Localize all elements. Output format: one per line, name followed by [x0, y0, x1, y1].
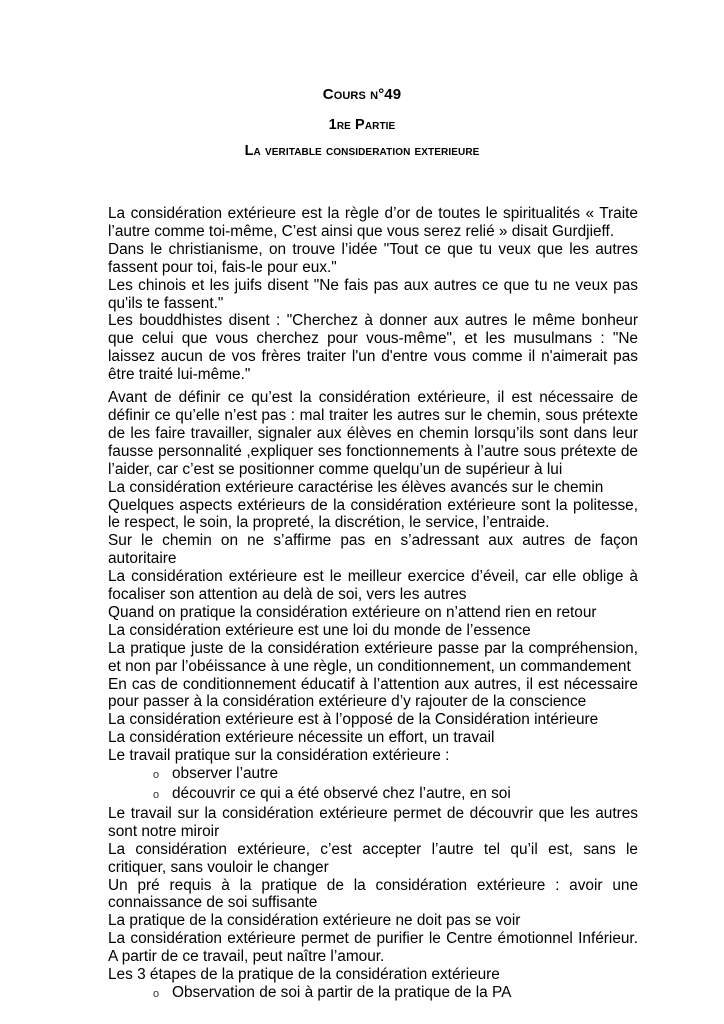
text-line: La considération extérieure, c’est accep…	[108, 841, 638, 877]
text-line: La considération extérieure permet de pu…	[108, 930, 638, 966]
text-line: La considération extérieure est le meill…	[108, 568, 638, 604]
text-line: Quand on pratique la considération extér…	[108, 604, 638, 622]
text-line: La pratique juste de la considération ex…	[108, 640, 638, 676]
document-title: La veritable consideration exterieure	[0, 143, 724, 159]
hollow-bullet-icon: o	[153, 787, 172, 805]
bullet-item: o découvrir ce qui a été observé chez l’…	[108, 785, 638, 805]
bullet-item: o observer l’autre	[108, 765, 638, 785]
text-line: Un pré requis à la pratique de la consid…	[108, 877, 638, 913]
text-line: La considération extérieure nécessite un…	[108, 729, 638, 747]
paragraph-religious-quotes: La considération extérieure est la règle…	[108, 205, 638, 384]
text-line: Quelques aspects extérieurs de la consid…	[108, 497, 638, 533]
part-heading: 1re Partie	[0, 117, 724, 133]
hollow-bullet-icon: o	[153, 986, 172, 1004]
text-line: La pratique de la considération extérieu…	[108, 912, 638, 930]
document-body: La considération extérieure est la règle…	[108, 205, 638, 1004]
hollow-bullet-icon: o	[153, 767, 172, 785]
bullet-text: observer l’autre	[172, 765, 278, 783]
text-line: Avant de définir ce qu’est la considérat…	[108, 389, 638, 479]
text-line: Les bouddhistes disent : "Cherchez à don…	[108, 312, 638, 384]
text-line: La considération extérieure caractérise …	[108, 479, 638, 497]
text-line: Dans le christianisme, on trouve l’idée …	[108, 241, 638, 277]
text-line: La considération extérieure est la règle…	[108, 205, 638, 241]
text-line: Le travail sur la considération extérieu…	[108, 805, 638, 841]
text-line: Les chinois et les juifs disent "Ne fais…	[108, 277, 638, 313]
text-line: Le travail pratique sur la considération…	[108, 747, 638, 765]
document-page: Cours n°49 1re Partie La veritable consi…	[0, 0, 724, 1024]
bullet-item: o Observation de soi à partir de la prat…	[108, 984, 638, 1004]
text-line: Sur le chemin on ne s’affirme pas en s’a…	[108, 532, 638, 568]
text-line: La considération extérieure est une loi …	[108, 622, 638, 640]
paragraph-definitions: Avant de définir ce qu’est la considérat…	[108, 389, 638, 1004]
text-line: Les 3 étapes de la pratique de la consid…	[108, 966, 638, 984]
bullet-text: découvrir ce qui a été observé chez l’au…	[172, 785, 511, 803]
bullet-text: Observation de soi à partir de la pratiq…	[172, 984, 511, 1002]
text-line: La considération extérieure est à l’oppo…	[108, 711, 638, 729]
text-line: En cas de conditionnement éducatif à l’a…	[108, 676, 638, 712]
course-number-heading: Cours n°49	[0, 86, 724, 103]
